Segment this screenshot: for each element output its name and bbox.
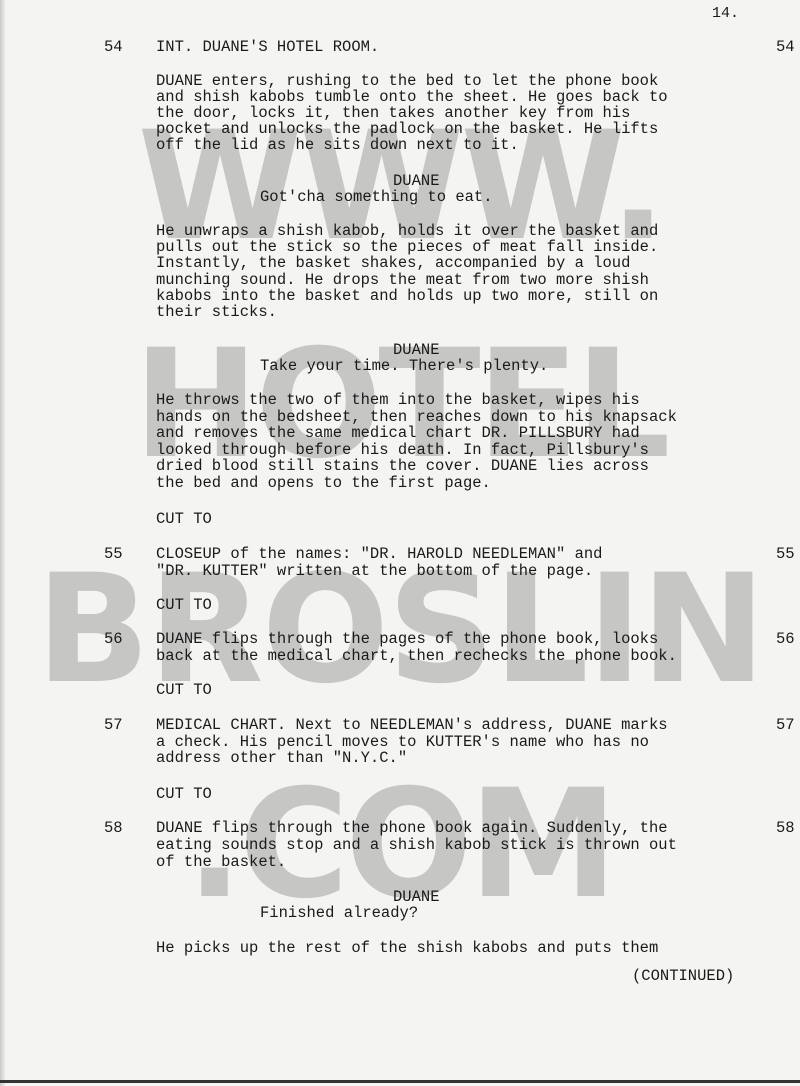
action-line: of the basket. xyxy=(156,855,286,871)
scene-number-left: 55 xyxy=(104,547,123,563)
transition: CUT TO xyxy=(156,787,212,803)
action-line: DUANE flips through the phone book again… xyxy=(156,821,668,837)
scene-heading: INT. DUANE'S HOTEL ROOM. xyxy=(156,40,379,56)
dialogue-line: Take your time. There's plenty. xyxy=(260,359,548,375)
action-line: CLOSEUP of the names: "DR. HAROLD NEEDLE… xyxy=(156,547,602,563)
action-line: and removes the same medical chart DR. P… xyxy=(156,426,640,442)
script-page: 14. 54 INT. DUANE'S HOTEL ROOM. 54 DUANE… xyxy=(0,0,800,1086)
action-line: back at the medical chart, then rechecks… xyxy=(156,649,677,665)
scene-number-left: 56 xyxy=(104,632,123,648)
continued-marker: (CONTINUED) xyxy=(632,969,734,985)
transition: CUT TO xyxy=(156,512,212,528)
scene-number-right: 57 xyxy=(776,718,795,734)
scene-number-right: 56 xyxy=(776,632,795,648)
action-line: Instantly, the basket shakes, accompanie… xyxy=(156,256,630,272)
dialogue-line: Got'cha something to eat. xyxy=(260,190,493,206)
transition: CUT TO xyxy=(156,598,212,614)
transition: CUT TO xyxy=(156,683,212,699)
action-line: He picks up the rest of the shish kabobs… xyxy=(156,941,658,957)
action-line: address other than "N.Y.C." xyxy=(156,751,407,767)
dialogue-line: Finished already? xyxy=(260,906,418,922)
action-line: off the lid as he sits down next to it. xyxy=(156,138,519,154)
action-line: He throws the two of them into the baske… xyxy=(156,393,640,409)
scene-number-left: 58 xyxy=(104,821,123,837)
action-line: "DR. KUTTER" written at the bottom of th… xyxy=(156,564,593,580)
action-line: dried blood still stains the cover. DUAN… xyxy=(156,459,649,475)
action-line: DUANE flips through the pages of the pho… xyxy=(156,632,658,648)
action-line: the bed and opens to the first page. xyxy=(156,476,491,492)
scene-number-right: 54 xyxy=(776,40,795,56)
scene-number-right: 58 xyxy=(776,821,795,837)
scene-number-left: 57 xyxy=(104,718,123,734)
scene-number-left: 54 xyxy=(104,40,123,56)
page-number: 14. xyxy=(712,6,739,22)
action-line: eating sounds stop and a shish kabob sti… xyxy=(156,838,677,854)
scene-number-right: 55 xyxy=(776,547,795,563)
action-line: their sticks. xyxy=(156,305,277,321)
action-line: MEDICAL CHART. Next to NEEDLEMAN's addre… xyxy=(156,718,668,734)
